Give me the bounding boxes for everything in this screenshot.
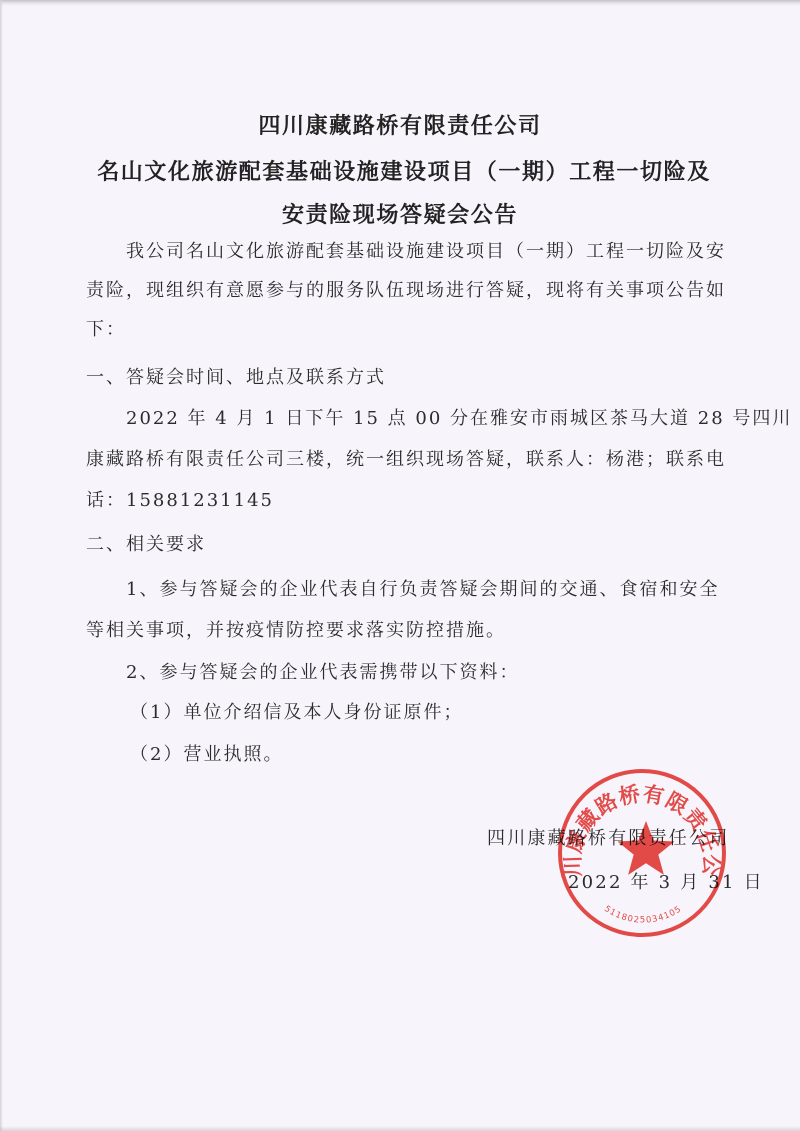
section2-item1-line-1: 1、参与答疑会的企业代表自行负责答疑会期间的交通、食宿和安全: [126, 575, 776, 601]
scan-edge-left: [0, 0, 3, 1131]
section1-heading: 一、答疑会时间、地点及联系方式: [86, 363, 736, 389]
section1-line-2: 康藏路桥有限责任公司三楼，统一组织现场答疑，联系人：杨港；联系电: [86, 445, 736, 471]
title-notice: 安责险现场答疑会公告: [0, 198, 800, 229]
scan-edge-bottom: [0, 1126, 800, 1131]
section2-heading: 二、相关要求: [86, 530, 736, 556]
title-company: 四川康藏路桥有限责任公司: [0, 109, 800, 140]
intro-line-3: 下：: [86, 315, 736, 341]
star-icon: [618, 821, 675, 875]
section1-line-3: 话：15881231145: [86, 486, 736, 512]
intro-line-1: 我公司名山文化旅游配套基础设施建设项目（一期）工程一切险及安: [126, 237, 776, 263]
company-seal-stamp: 四川康藏路桥有限责任公司 5118025034105: [556, 767, 728, 939]
section2-subitem-1: （1）单位介绍信及本人身份证原件；: [130, 698, 780, 724]
section2-subitem-2: （2）营业执照。: [130, 740, 780, 766]
section2-item1-line-2: 等相关事项，并按疫情防控要求落实防控措施。: [86, 616, 736, 642]
section1-line-1: 2022 年 4 月 1 日下午 15 点 00 分在雅安市雨城区茶马大道 28…: [126, 404, 776, 430]
intro-line-2: 责险，现组织有意愿参与的服务队伍现场进行答疑，现将有关事项公告如: [86, 276, 736, 302]
section2-item2: 2、参与答疑会的企业代表需携带以下资料：: [126, 658, 776, 684]
scan-edge-top: [0, 0, 800, 6]
title-project: 名山文化旅游配套基础设施建设项目（一期）工程一切险及: [4, 155, 800, 186]
seal-code: 5118025034105: [602, 904, 684, 926]
